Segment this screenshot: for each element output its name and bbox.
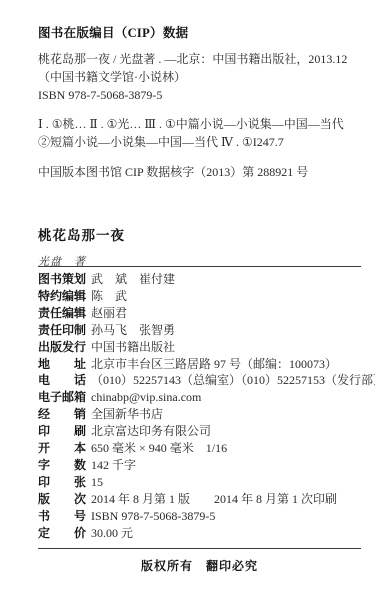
- colophon-label: 电子邮箱: [38, 389, 87, 406]
- colophon-label: 出版发行: [38, 339, 87, 356]
- colophon-row: 定 价 30.00 元: [38, 525, 367, 542]
- colophon-row: 地 址 北京市丰台区三路居路 97 号（邮编：100073）: [38, 356, 367, 373]
- cip-heading: 图书在版编目（CIP）数据: [38, 23, 359, 41]
- colophon-value: 全国新华书店: [91, 406, 163, 423]
- cip-entry-lines: 桃花岛那一夜 / 光盘著 . —北京：中国书籍出版社，2013.12 （中国书籍…: [38, 50, 359, 104]
- colophon-value: 650 毫米 × 940 毫米 1/16: [91, 440, 227, 457]
- colophon-value: 2014 年 8 月第 1 版 2014 年 8 月第 1 次印刷: [91, 491, 337, 508]
- colophon-row: 图书策划 武 斌 崔付建: [38, 271, 367, 288]
- colophon-label: 定 价: [38, 525, 87, 542]
- cip-entry-line: 桃花岛那一夜 / 光盘著 . —北京：中国书籍出版社，2013.12: [38, 50, 359, 68]
- title-block: 桃花岛那一夜 光盘 著: [38, 224, 359, 269]
- colophon-label: 书 号: [38, 508, 87, 525]
- cip-classification-line: ②短篇小说—小说集—中国—当代 Ⅳ . ①I247.7: [38, 133, 359, 151]
- cip-data-block: 图书在版编目（CIP）数据 桃花岛那一夜 / 光盘著 . —北京：中国书籍出版社…: [38, 23, 359, 181]
- colophon-value: 赵丽君: [91, 305, 127, 322]
- colophon-row: 经 销 全国新华书店: [38, 406, 367, 423]
- cip-entry-line: ISBN 978-7-5068-3879-5: [38, 86, 359, 104]
- colophon-label: 印 张: [38, 474, 87, 491]
- colophon-label: 图书策划: [38, 271, 87, 288]
- cip-classification-lines: Ⅰ . ①桃… Ⅱ . ①光… Ⅲ . ①中篇小说—小说集—中国—当代 ②短篇小…: [38, 115, 359, 151]
- divider-rule-bottom: [38, 548, 361, 549]
- copyright-page: 图书在版编目（CIP）数据 桃花岛那一夜 / 光盘著 . —北京：中国书籍出版社…: [0, 0, 375, 608]
- colophon-label: 责任编辑: [38, 305, 87, 322]
- colophon-label: 电 话: [38, 372, 87, 389]
- colophon-label: 经 销: [38, 406, 87, 423]
- colophon-row: 电 话 （010）52257143（总编室）（010）52257153（发行部）: [38, 372, 367, 389]
- colophon-label: 字 数: [38, 457, 87, 474]
- colophon-value: chinabp@vip.sina.com: [91, 389, 201, 406]
- colophon-label: 开 本: [38, 440, 87, 457]
- cip-registry-line: 中国版本图书馆 CIP 数据核字（2013）第 288921 号: [38, 163, 359, 181]
- book-title: 桃花岛那一夜: [38, 224, 359, 244]
- colophon-label: 地 址: [38, 356, 87, 373]
- colophon-value: 142 千字: [91, 457, 136, 474]
- colophon-value: 孙马飞 张智勇: [91, 322, 175, 339]
- colophon-row: 印 刷 北京富达印务有限公司: [38, 423, 367, 440]
- colophon-row: 开 本 650 毫米 × 940 毫米 1/16: [38, 440, 367, 457]
- colophon-row: 责任印制 孙马飞 张智勇: [38, 322, 367, 339]
- colophon-value: 北京市丰台区三路居路 97 号（邮编：100073）: [91, 356, 337, 373]
- colophon-row: 印 张 15: [38, 474, 367, 491]
- colophon-row: 字 数 142 千字: [38, 457, 367, 474]
- colophon-label: 印 刷: [38, 423, 87, 440]
- colophon-value: 30.00 元: [91, 525, 133, 542]
- colophon-value: 武 斌 崔付建: [91, 271, 175, 288]
- colophon-value: 北京富达印务有限公司: [91, 423, 211, 440]
- divider-rule-top: [38, 266, 361, 267]
- colophon-row: 版 次 2014 年 8 月第 1 版 2014 年 8 月第 1 次印刷: [38, 491, 367, 508]
- colophon-row: 书 号 ISBN 978-7-5068-3879-5: [38, 508, 367, 525]
- colophon-row: 电子邮箱 chinabp@vip.sina.com: [38, 389, 367, 406]
- cip-classification-line: Ⅰ . ①桃… Ⅱ . ①光… Ⅲ . ①中篇小说—小说集—中国—当代: [38, 115, 359, 133]
- copyright-notice: 版权所有 翻印必究: [38, 557, 361, 574]
- colophon-label: 责任印制: [38, 322, 87, 339]
- colophon-label: 特约编辑: [38, 288, 87, 305]
- colophon-label: 版 次: [38, 491, 87, 508]
- colophon-row: 出版发行 中国书籍出版社: [38, 339, 367, 356]
- colophon-value: 陈 武: [91, 288, 127, 305]
- colophon-row: 责任编辑 赵丽君: [38, 305, 367, 322]
- cip-entry-line: （中国书籍文学馆·小说林）: [38, 68, 359, 86]
- colophon-value: ISBN 978-7-5068-3879-5: [91, 508, 215, 525]
- colophon-row: 特约编辑 陈 武: [38, 288, 367, 305]
- colophon-value: 中国书籍出版社: [91, 339, 175, 356]
- colophon-value: 15: [91, 474, 103, 491]
- colophon-value: （010）52257143（总编室）（010）52257153（发行部）: [91, 372, 375, 389]
- colophon-table: 图书策划 武 斌 崔付建 特约编辑 陈 武 责任编辑 赵丽君 责任印制 孙马飞 …: [38, 271, 367, 542]
